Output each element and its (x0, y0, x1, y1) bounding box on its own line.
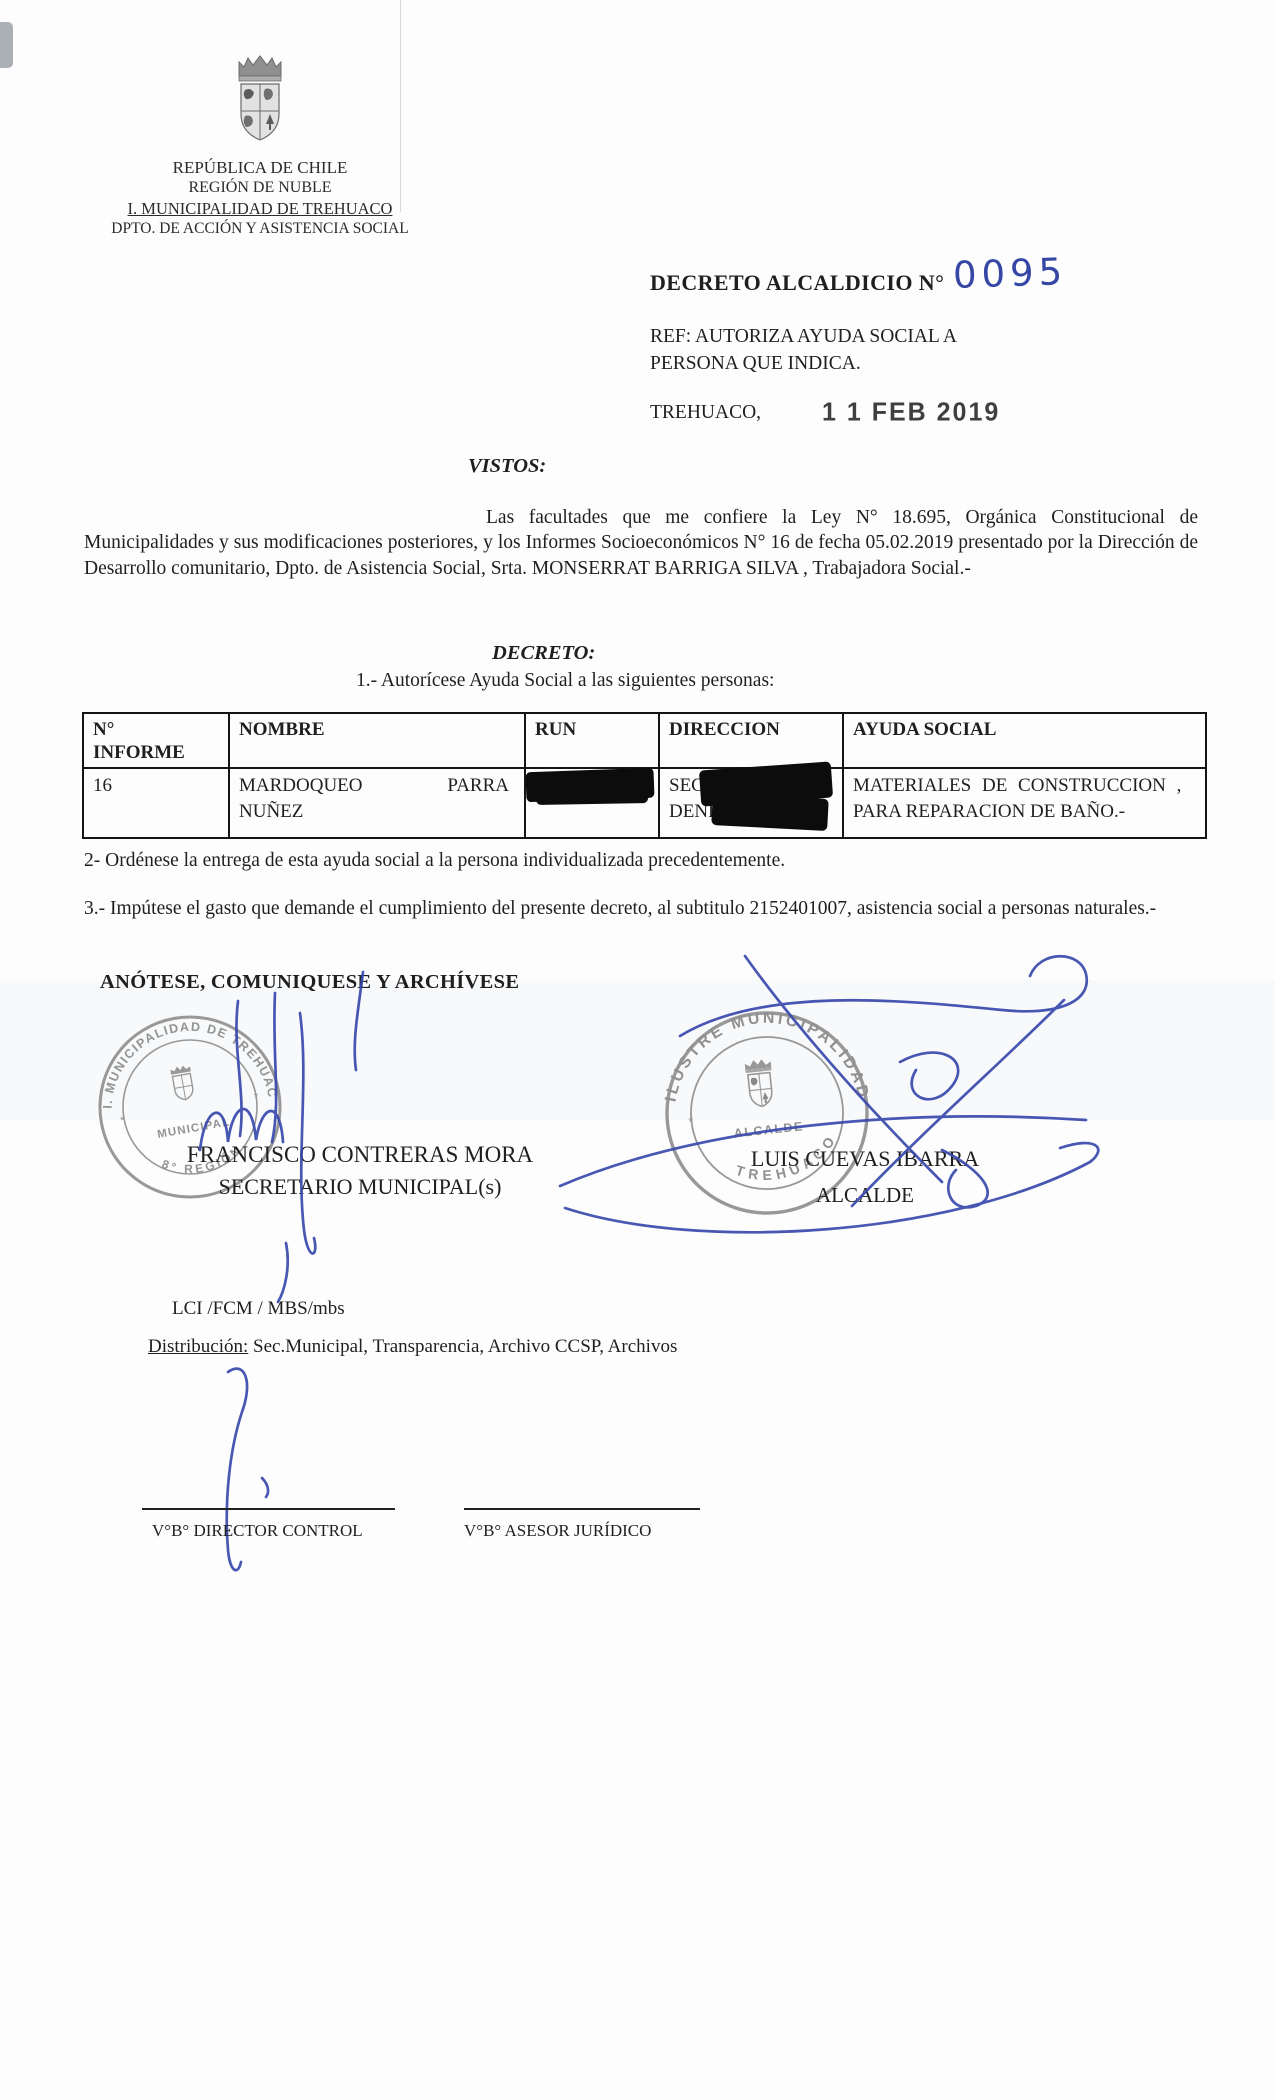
stamp-right-shield-icon (744, 1058, 775, 1107)
distribution-label: Distribución: (148, 1336, 248, 1357)
table-cell-ayuda: MATERIALES DE CONSTRUCCION , PARA REPARA… (844, 769, 1205, 837)
decree-ref-line1: REF: AUTORIZA AYUDA SOCIAL A (650, 326, 957, 348)
stamp-right-arc-top: ILUSTRE MUNICIPALIDAD (654, 999, 872, 1121)
scan-edge-artifact (0, 22, 13, 68)
stamp-left-shield-icon (170, 1064, 196, 1101)
svg-text:*: * (119, 1115, 126, 1128)
vb-asesor-juridico-label: V°B° ASESOR JURÍDICO (464, 1521, 651, 1541)
vistos-paragraph: Las facultades que me confiere la Ley N°… (84, 505, 1198, 581)
secretary-title: SECRETARIO MUNICIPAL(s) (150, 1174, 570, 1200)
decreto-item-1: 1.- Autorícese Ayuda Social a las siguie… (356, 670, 774, 692)
decree-title: DECRETO ALCALDICIO N° (650, 270, 944, 296)
closing-formula: ANÓTESE, COMUNIQUESE Y ARCHÍVESE (100, 971, 519, 994)
signature-line-asesor-juridico (464, 1508, 700, 1510)
municipal-coat-of-arms-icon (232, 52, 288, 152)
mayor-title: ALCALDE (655, 1183, 1075, 1208)
letterhead-department: DPTO. DE ACCIÓN Y ASISTENCIA SOCIAL (70, 219, 450, 239)
table-header-ayuda: AYUDA SOCIAL (844, 714, 1205, 769)
table-header-nombre: NOMBRE (230, 714, 526, 769)
svg-text:*: * (688, 1114, 695, 1129)
header-informe-line1: N° (93, 718, 219, 741)
decreto-item-3: 3.- Impútese el gasto que demande el cum… (84, 896, 1198, 921)
letterhead-region: REGIÓN DE NUBLE (70, 178, 450, 198)
redaction-direccion-2 (711, 793, 829, 831)
nombre-line2: NUÑEZ (239, 799, 515, 825)
redaction-run-2 (536, 785, 648, 805)
vistos-heading: VISTOS: (468, 455, 546, 478)
table-cell-informe: 16 (84, 769, 230, 837)
letterhead-municipality: I. MUNICIPALIDAD DE TREHUACO (70, 198, 450, 219)
decree-ref-line2: PERSONA QUE INDICA. (650, 353, 861, 375)
table-header-informe: N° INFORME (84, 714, 230, 769)
letterhead-country: REPÚBLICA DE CHILE (70, 158, 450, 178)
decree-number-handwritten: 0095 (952, 250, 1068, 297)
letterhead: REPÚBLICA DE CHILE REGIÓN DE NUBLE I. MU… (70, 52, 450, 239)
stamp-left-center-text: MUNICIPAL (156, 1116, 231, 1141)
signature-line-director-control (142, 1508, 395, 1510)
decreto-item-2: 2- Ordénese la entrega de esta ayuda soc… (84, 848, 1198, 873)
ayuda-line1: MATERIALES DE CONSTRUCCION , (853, 773, 1196, 799)
drafting-initials: LCI /FCM / MBS/mbs (172, 1298, 345, 1320)
header-informe-line2: INFORME (93, 741, 219, 764)
ayuda-line2: PARA REPARACION DE BAÑO.- (853, 799, 1196, 825)
nombre-line1: MARDOQUEO PARRA (239, 773, 515, 799)
table-header-direccion: DIRECCION (660, 714, 844, 769)
distribution-value: Sec.Municipal, Transparencia, Archivo CC… (248, 1336, 677, 1357)
vb-director-control-label: V°B° DIRECTOR CONTROL (152, 1521, 363, 1541)
stamp-right-center-text: ALCALDE (733, 1119, 804, 1140)
mayor-name: LUIS CUEVAS IBARRA (655, 1146, 1075, 1172)
table-header-run: RUN (526, 714, 660, 769)
table-cell-nombre: MARDOQUEO PARRA NUÑEZ (230, 769, 526, 837)
nombre-word2: PARRA (447, 773, 509, 799)
decreto-heading: DECRETO: (492, 642, 595, 665)
decree-place: TREHUACO, (650, 402, 761, 424)
date-stamp: 1 1 FEB 2019 (822, 397, 1000, 427)
nombre-word1: MARDOQUEO (239, 773, 363, 799)
svg-text:*: * (253, 1091, 260, 1104)
svg-text:ILUSTRE MUNICIPALIDAD: ILUSTRE MUNICIPALIDAD (654, 999, 872, 1121)
scanned-decree-page: REPÚBLICA DE CHILE REGIÓN DE NUBLE I. MU… (0, 0, 1275, 2100)
distribution-line: Distribución: Sec.Municipal, Transparenc… (148, 1336, 677, 1358)
secretary-name: FRANCISCO CONTRERAS MORA (150, 1142, 570, 1168)
